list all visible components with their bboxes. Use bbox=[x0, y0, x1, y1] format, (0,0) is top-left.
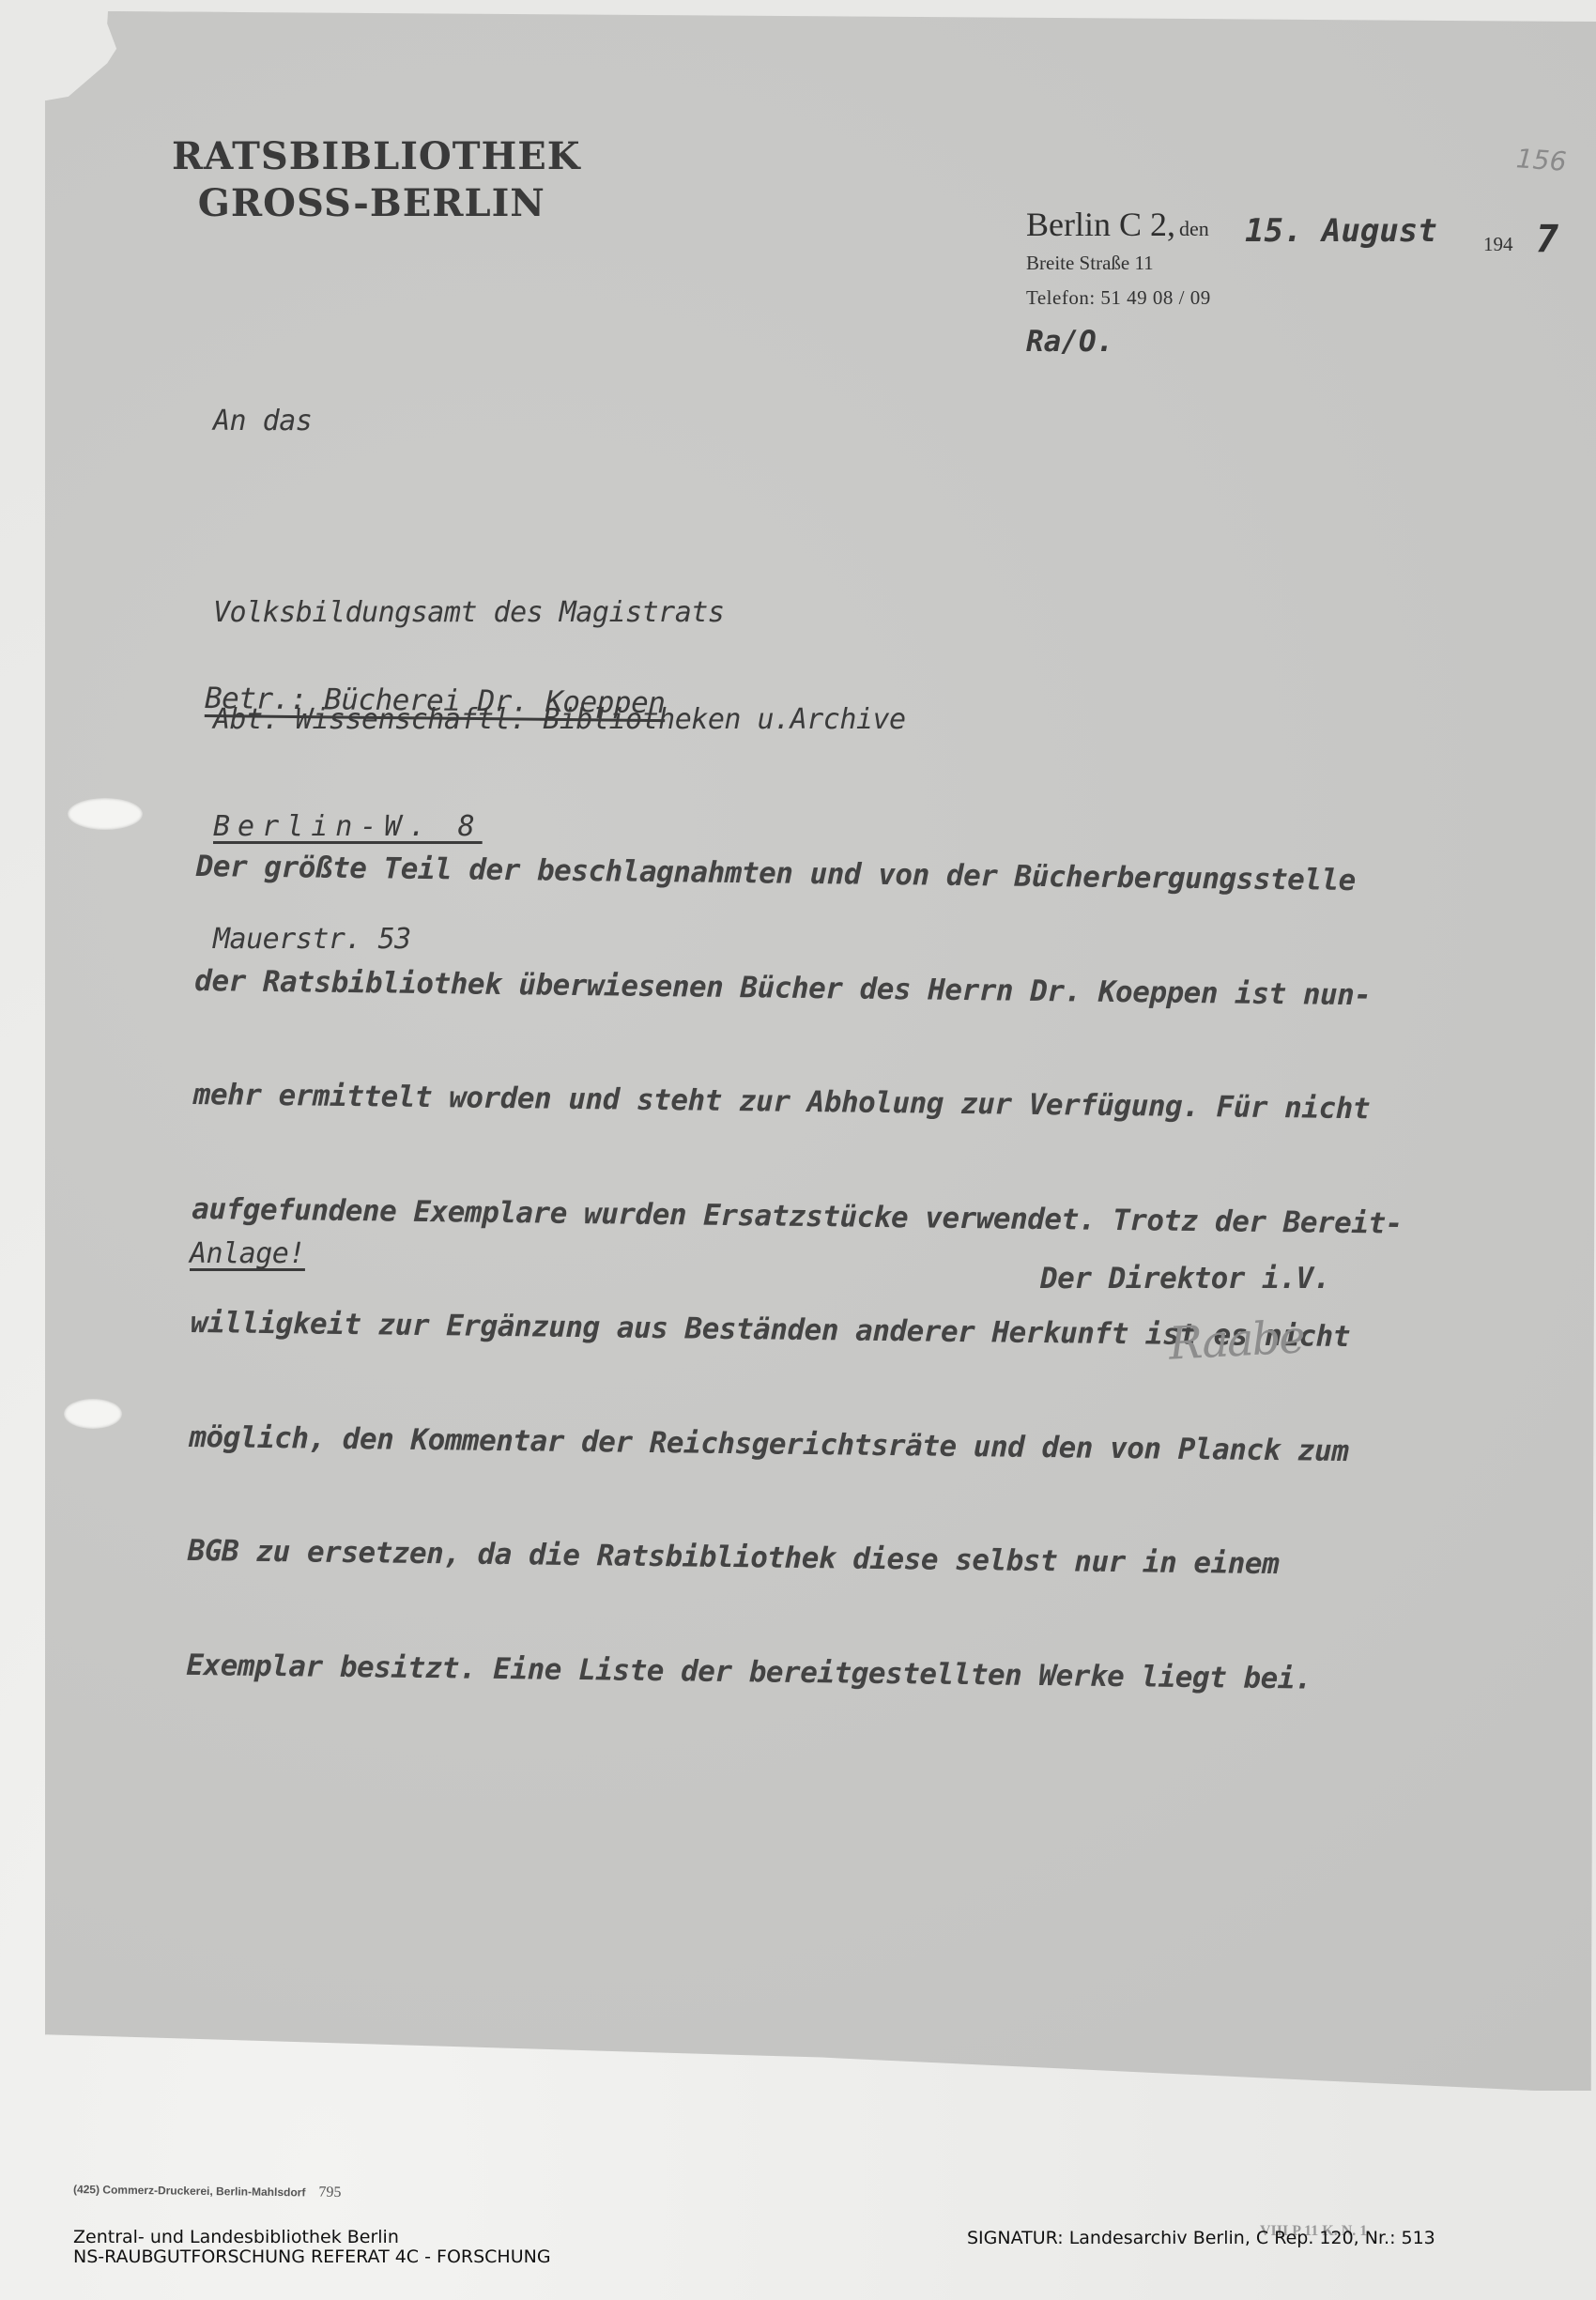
body-line: Exemplar besitzt. Eine Liste der bereitg… bbox=[186, 1646, 1397, 1698]
sender-den: den bbox=[1179, 217, 1209, 240]
footer-institution: Zentral- und Landesbibliothek Berlin NS-… bbox=[73, 2228, 551, 2267]
handwritten-signature: Raabe bbox=[1168, 1311, 1305, 1370]
footer-department: NS-RAUBGUTFORSCHUNG REFERAT 4C - FORSCHU… bbox=[73, 2247, 551, 2267]
letter-body: Der größte Teil der beschlagnahmten und … bbox=[186, 772, 1408, 1737]
body-line: aufgefundene Exemplare wurden Ersatzstüc… bbox=[192, 1189, 1403, 1242]
body-line: mehr ermittelt worden und steht zur Abho… bbox=[193, 1076, 1404, 1128]
reference-code: Ra/O. bbox=[1026, 325, 1113, 359]
body-line: möglich, den Kommentar der Reichsgericht… bbox=[189, 1418, 1400, 1470]
recipient-line1: Volksbildungsamt des Magistrats bbox=[213, 595, 906, 631]
punch-hole-top bbox=[68, 798, 143, 830]
letter-date: 15. August bbox=[1245, 212, 1437, 250]
sender-street: Breite Straße 11 bbox=[1026, 252, 1154, 275]
recipient-salutation: An das bbox=[213, 404, 906, 439]
body-line: Der größte Teil der beschlagnahmten und … bbox=[196, 848, 1407, 900]
footer-institution-name: Zentral- und Landesbibliothek Berlin bbox=[73, 2228, 551, 2247]
enclosure-note: Anlage! bbox=[190, 1237, 305, 1270]
closing-signoff: Der Direktor i.V. bbox=[1040, 1262, 1330, 1296]
punch-hole-bottom bbox=[64, 1399, 122, 1429]
footer-signature-ref: SIGNATUR: Landesarchiv Berlin, C Rep. 12… bbox=[967, 2228, 1435, 2248]
sender-city-line: Berlin C 2,den bbox=[1026, 205, 1209, 244]
subject-line: Betr.: Bücherei Dr. Koeppen bbox=[205, 682, 666, 720]
archive-page-number: 156 bbox=[1515, 143, 1568, 177]
letter-year-prefix: 194 bbox=[1483, 233, 1513, 256]
body-line: BGB zu ersetzen, da die Ratsbibliothek d… bbox=[188, 1532, 1399, 1585]
letterhead-line1: RATSBIBLIOTHEK bbox=[172, 133, 581, 180]
letter-year-suffix: 7 bbox=[1536, 218, 1558, 261]
printer-imprint-number: 795 bbox=[318, 2185, 341, 2200]
sender-city: Berlin C 2, bbox=[1026, 206, 1175, 243]
letterhead-line2: GROSS-BERLIN bbox=[162, 180, 581, 227]
letterhead: RATSBIBLIOTHEK GROSS-BERLIN bbox=[172, 133, 581, 227]
sender-phone: Telefon: 51 49 08 / 09 bbox=[1026, 286, 1211, 310]
body-line: der Ratsbibliothek überwiesenen Bücher d… bbox=[194, 961, 1405, 1014]
printer-imprint-text: (425) Commerz-Druckerei, Berlin-Mahlsdor… bbox=[73, 2183, 306, 2199]
